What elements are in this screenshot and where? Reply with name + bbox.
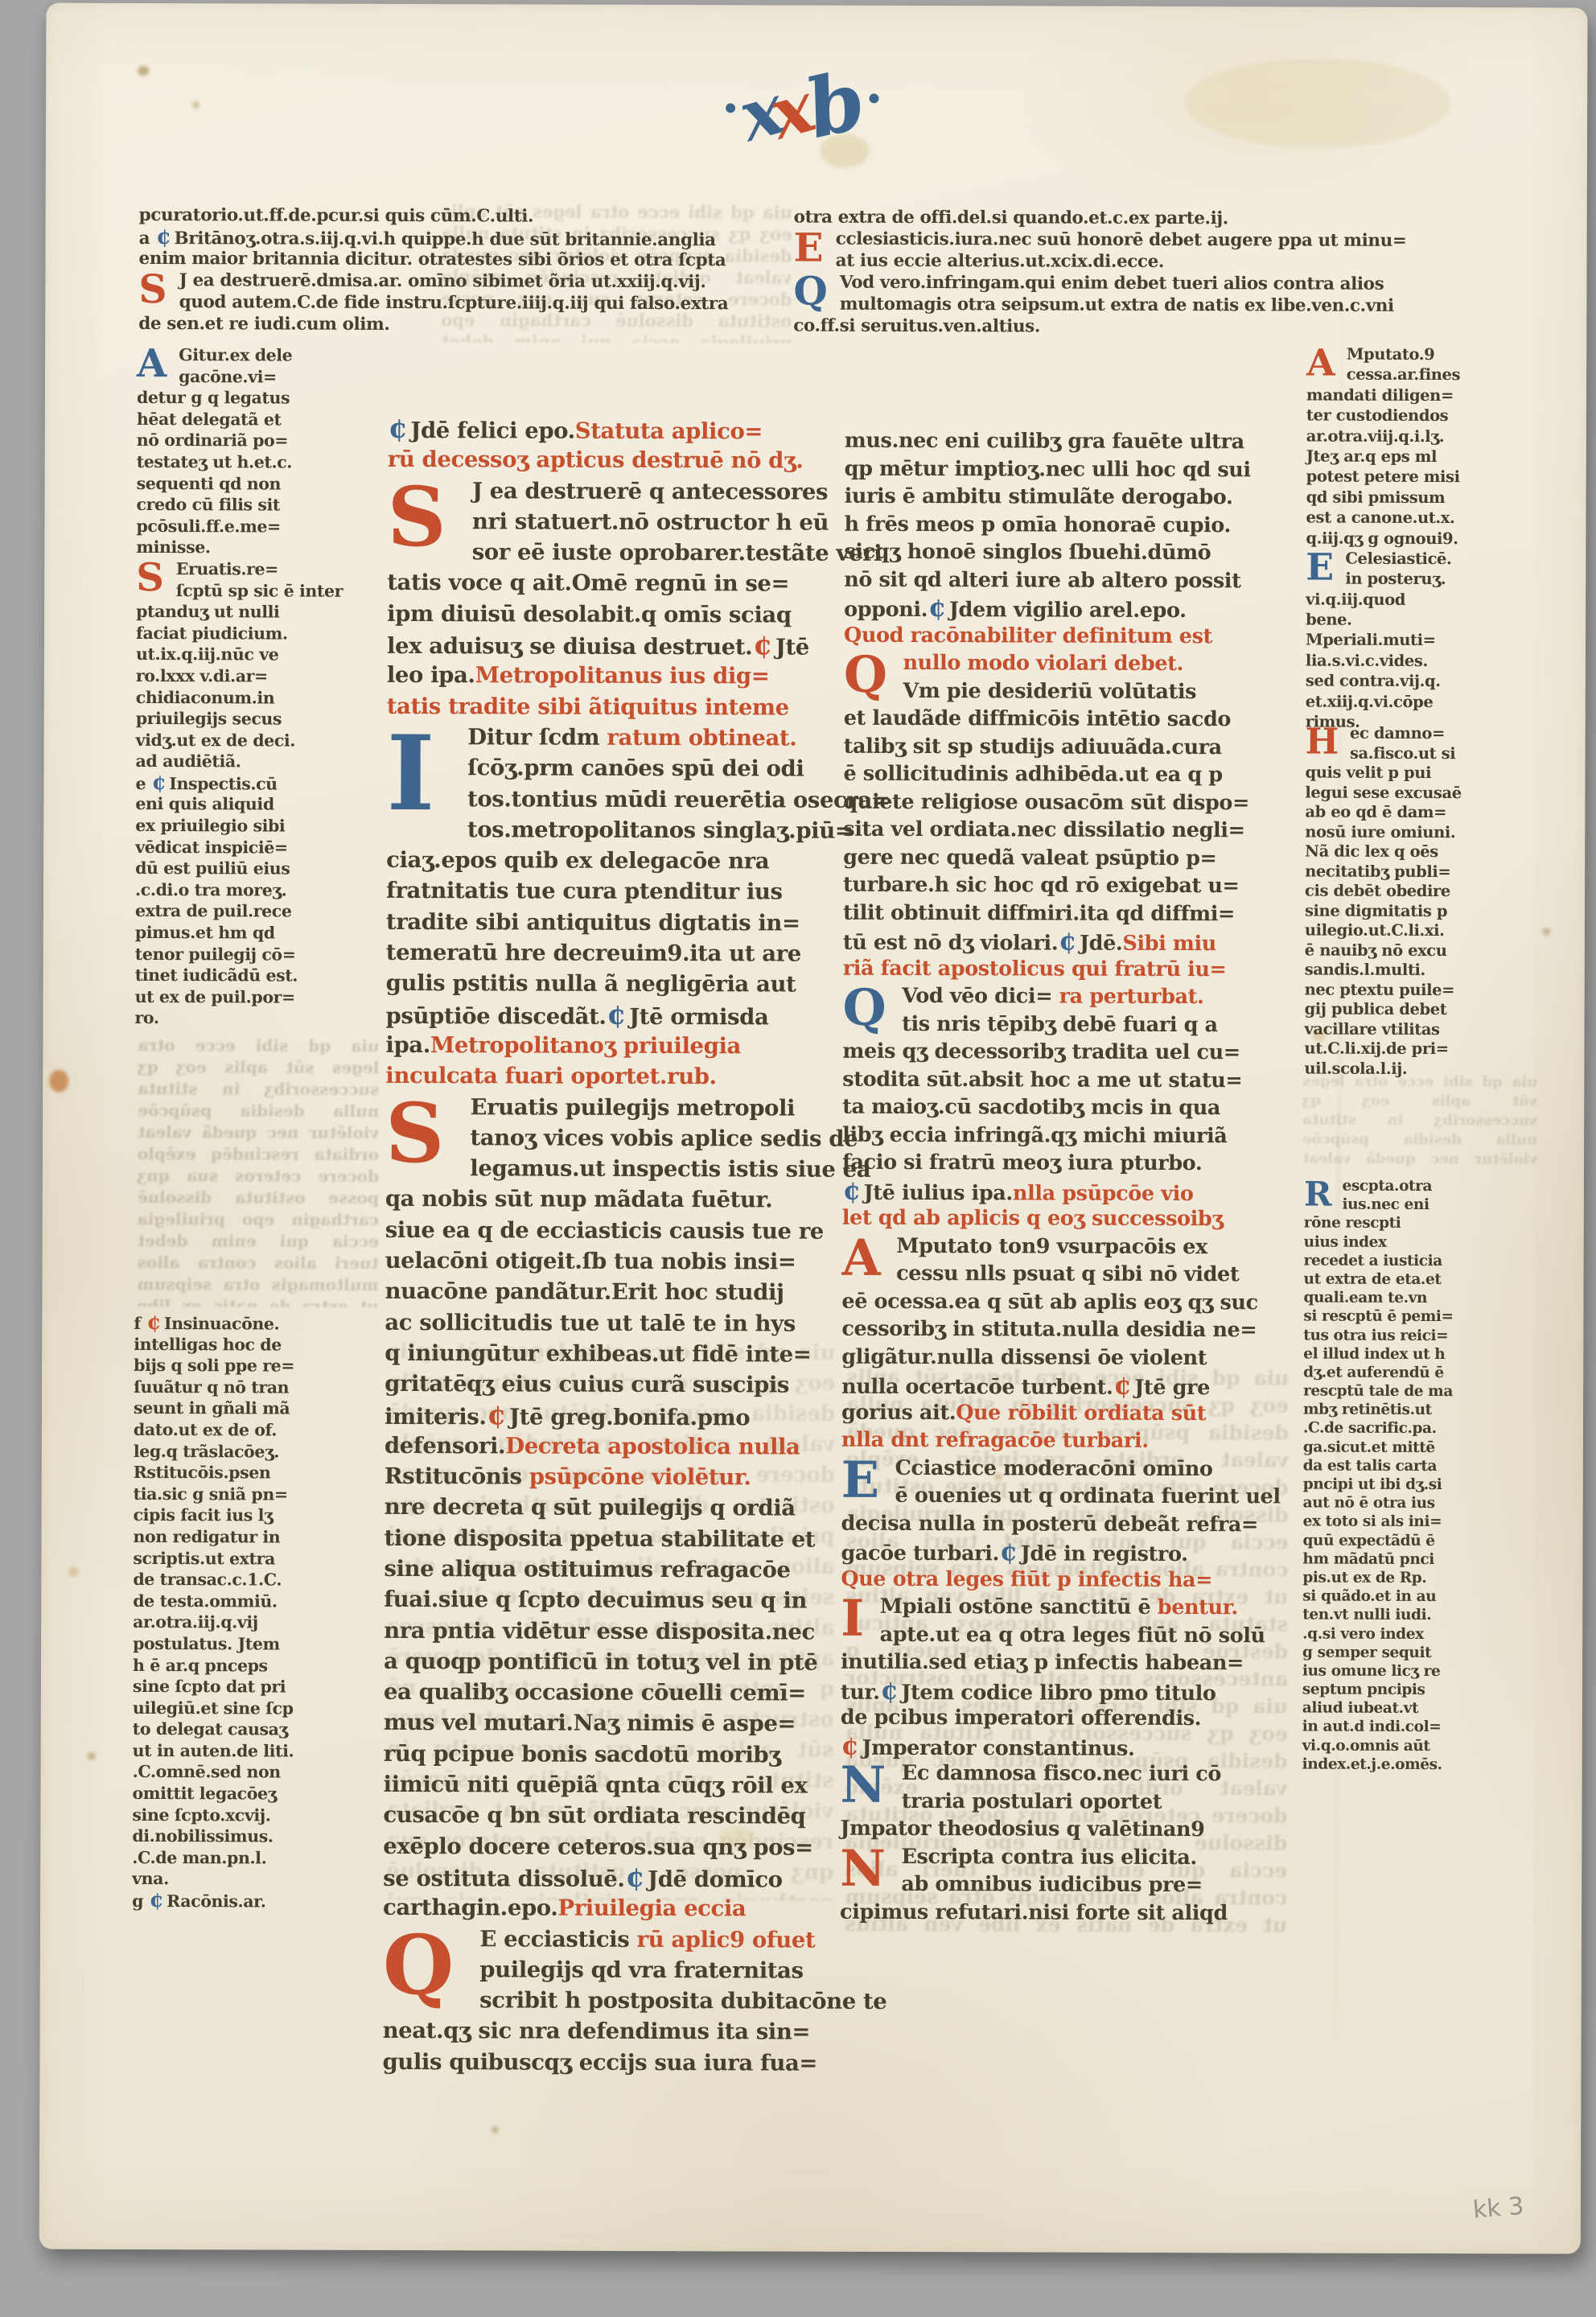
text-segment: ga.sicut.et mittē <box>1303 1438 1435 1456</box>
text-line: vēdicat inspiciē= <box>135 837 381 859</box>
gloss-top-left: pcuratorio.ut.ff.de.pcur.si quis cūm.C.u… <box>138 204 792 337</box>
text-segment: carthagin.epo. <box>383 1895 557 1921</box>
text-segment: Jtē ormisda <box>629 1004 768 1031</box>
text-segment: quis velit p pui <box>1305 763 1431 782</box>
text-segment: gulis pstitis nulla ã negligēria aut <box>386 970 796 998</box>
text-line: gorius ait.Que rōbilit ordiata sūt <box>841 1398 1294 1427</box>
drop-cap-initial: N <box>840 1760 886 1813</box>
text-segment: testateʒ ut h.et.c. <box>137 452 292 472</box>
text-line: rōne rescpti <box>1304 1214 1540 1233</box>
text-segment: pis.ut ex de Rp. <box>1302 1569 1426 1586</box>
text-segment: cusacōe q bn sūt ordiata rescindēq <box>383 1802 805 1829</box>
text-segment: nō ordinariã po= <box>137 430 288 451</box>
pencil-collation-mark: kk 3 <box>1472 2192 1525 2224</box>
text-line: a quoqp pontificū in totuʒ vel in ptē <box>384 1646 839 1678</box>
text-line: .q.si vero index <box>1302 1624 1539 1644</box>
text-line: .C.omnē.sed non <box>133 1761 379 1784</box>
text-line: se ostituta dissoluē.¢Jdē domīco <box>383 1862 838 1894</box>
text-line: SEruatis puilegijs metropoli <box>385 1091 841 1123</box>
text-segment: ut.C.li.xij.de pri= <box>1304 1039 1448 1059</box>
text-line: stodita sūt.absit hoc a me ut statu= <box>842 1065 1294 1094</box>
text-line: leo ipa.Metropolitanus ius dig= <box>387 660 842 692</box>
text-segment: aut nō ē otra ius <box>1303 1495 1435 1512</box>
text-segment: q.iij.qʒ g ognoui9. <box>1306 529 1458 548</box>
stain-spot <box>192 101 199 109</box>
text-line: ius omune licʒ re <box>1302 1661 1539 1681</box>
text-line: rūq pcipue bonis sacdotū moribʒ <box>384 1739 839 1771</box>
text-segment: dʒ.et auferendū ē <box>1303 1364 1444 1381</box>
text-segment: Jmpator theodosius q valētinan9 <box>840 1817 1204 1842</box>
text-line: AMputato ton9 vsurpacōis ex <box>842 1232 1294 1261</box>
text-segment: detur g q legatus <box>137 388 290 408</box>
show-through-text: uia qd sibi ecce otra leges sūt aplis eo… <box>1302 1072 1537 1168</box>
text-line: postulatus. Jtem <box>133 1633 379 1656</box>
text-line: fratnitatis tue cura ptenditur ius <box>386 875 841 907</box>
text-line: pimus.et hm qd <box>135 922 381 944</box>
text-segment: Decreta apostolica nulla <box>505 1433 800 1459</box>
text-segment: rū decessoʒ apticus destruē nō dʒ. <box>388 447 804 474</box>
text-line: rū decessoʒ apticus destruē nō dʒ. <box>388 444 843 476</box>
text-line: gij publica debet <box>1305 1000 1541 1020</box>
text-segment: cipis facit ius lʒ <box>134 1505 274 1525</box>
text-segment: to delegat causaʒ <box>133 1719 288 1739</box>
text-line: faciat piudicium. <box>136 623 382 645</box>
text-segment: .C.omnē.sed non <box>133 1762 281 1782</box>
text-segment: uelacōni otigeit.ſb tua nobis insi= <box>385 1248 796 1275</box>
text-line: multomagis otra seipsum.ut extra de nati… <box>793 294 1467 318</box>
text-segment: nre decreta q sūt puilegijs q ordiã <box>385 1494 796 1521</box>
text-line: at ius eccie alterius.ut.xcix.di.ecce. <box>793 250 1467 274</box>
text-segment: leo ipa. <box>387 662 475 688</box>
text-segment: Jmperator constantinus. <box>862 1735 1134 1760</box>
text-line: iuris ē ambitu stimulãte derogabo. <box>845 483 1297 512</box>
text-segment: uilegiū.et sine ſcp <box>133 1698 294 1718</box>
text-line: tos.metropolitanos singlaʒ.piū= <box>386 814 841 846</box>
text-segment: sa.fisco.ut si <box>1350 743 1455 762</box>
paragraph-mark: ¢ <box>625 1862 648 1894</box>
text-segment: sine aliqua ostituimus refragacōe <box>384 1556 790 1583</box>
text-segment: si rescptū ē pemi= <box>1303 1308 1453 1326</box>
text-line: Jmpator theodosius q valētinan9 <box>840 1815 1292 1844</box>
text-line: enim maior britannia dicitur. otratestes… <box>138 248 792 272</box>
text-line: qa nobis sūt nup mãdata fuētur. <box>385 1183 841 1216</box>
text-segment: pncipi ut ibi dʒ.si <box>1303 1476 1442 1494</box>
text-line: Rstitucōis.psen <box>134 1462 380 1484</box>
text-line: QVod vēo dici= ra perturbat. <box>843 982 1295 1011</box>
text-line: mus vel mutari.Naʒ nimis ē aspe= <box>384 1707 839 1739</box>
show-through-text: uia qd sibi ecce otra leges sūt aplis eo… <box>137 1035 379 1307</box>
text-segment: facio si fratrū meoʒ iura pturbo. <box>842 1150 1202 1175</box>
text-segment: .C.de man.pn.l. <box>132 1848 266 1868</box>
text-line: nulla ocertacōe turbent.¢Jtē gre <box>841 1371 1294 1400</box>
text-segment: tia.sic g sniã pn= <box>134 1484 288 1504</box>
text-segment: tenor puilegij cō= <box>135 944 296 965</box>
text-line: sine ſcpto dat pri <box>133 1676 379 1698</box>
text-line: h frēs meos p omīa honoraē cupio. <box>844 510 1296 539</box>
text-segment: tione disposita ppetua stabilitate et <box>384 1525 815 1553</box>
text-segment: Celesiasticē. <box>1345 549 1451 568</box>
text-line: sequenti qd non <box>137 473 383 496</box>
text-segment: ad audiētiã. <box>136 751 241 771</box>
text-segment: credo cū filis sit <box>137 495 281 515</box>
gloss-right-lower: Rescpta.otraius.nec enirōne rescptiuius … <box>1302 1177 1540 1775</box>
text-segment: ut extra de eta.et <box>1304 1270 1442 1288</box>
text-segment: Mperiali.muti= <box>1306 631 1436 650</box>
text-segment: .C.de sacrific.pa. <box>1303 1420 1437 1438</box>
text-segment: sed contra.vij.q. <box>1306 672 1441 691</box>
text-segment: ipm diuisū desolabit.q omīs sciaq <box>387 601 792 628</box>
text-segment: turbare.h sic hoc qd rō exigebat u= <box>843 873 1239 899</box>
text-line: dʒ.et auferendū ē <box>1303 1363 1540 1382</box>
text-line: ro. <box>135 1007 381 1030</box>
drop-cap-initial: S <box>136 559 163 599</box>
text-segment: legui sese excusaē <box>1305 783 1461 802</box>
text-line: mandati diligen= <box>1306 385 1543 405</box>
text-line: cessa.ar.fines <box>1306 364 1543 385</box>
text-line: .c.di.o tra moreʒ. <box>135 879 381 902</box>
text-line: ptanduʒ ut nulli <box>136 601 382 623</box>
gloss-right-middle: Hec damno=sa.fisco.ut siquis velit p pui… <box>1304 724 1541 1080</box>
text-segment: Vod vero.infringam.qui enim debet tueri … <box>840 273 1384 294</box>
text-segment: uius index <box>1304 1233 1387 1250</box>
text-segment: vi.q.o.omnis aūt <box>1302 1737 1430 1754</box>
text-segment: da est talis carta <box>1303 1457 1437 1475</box>
text-segment: index.et.j.e.omēs. <box>1302 1755 1442 1773</box>
text-segment: intelligas hoc de <box>134 1335 282 1355</box>
text-segment: uilegio.ut.C.li.xi. <box>1305 921 1445 940</box>
drop-cap-initial: H <box>1306 725 1339 761</box>
text-segment: bene. <box>1306 611 1351 629</box>
text-segment: si quãdo.et in au <box>1302 1588 1436 1606</box>
text-segment: fratnitatis tue cura ptenditur ius <box>386 878 783 905</box>
text-line: IMpiali ostōne sanctitū ē bentur. <box>841 1593 1293 1622</box>
text-segment: rū aplic9 ofuet <box>636 1926 815 1953</box>
text-segment: Vm pie desideriū volūtatis <box>903 678 1196 703</box>
gloss-right-upper: AMputato.9cessa.ar.finesmandati diligen=… <box>1306 344 1544 733</box>
text-segment: cis debēt obedire <box>1305 882 1450 901</box>
text-segment: vēdicat inspiciē= <box>135 837 288 858</box>
text-segment: ius omune licʒ re <box>1302 1662 1440 1680</box>
drop-cap-initial: A <box>137 345 167 385</box>
text-segment: septum pncipis <box>1302 1681 1425 1698</box>
text-segment: de pcibus imperatori offerendis. <box>841 1706 1201 1731</box>
text-segment: a <box>139 228 156 249</box>
text-line: ab eo qd ē dam= <box>1305 803 1541 823</box>
text-segment: di.nobilissimus. <box>132 1826 273 1846</box>
text-line: hēat delegatã et <box>137 409 383 431</box>
text-line: libʒ eccia infringã.qʒ michi miuriã <box>842 1121 1294 1150</box>
text-line: gulis pstitis nulla ã negligēria aut <box>386 968 841 1000</box>
text-line: AGitur.ex dele <box>137 344 383 367</box>
text-line: gulis quibuscqʒ eccijs sua iura fua= <box>382 2047 837 2079</box>
text-line: Mperiali.muti= <box>1306 630 1542 651</box>
text-segment: se ostituta dissoluē. <box>383 1866 625 1892</box>
text-segment: mus.nec eni cuilibʒ gra fauēte ultra <box>845 429 1244 455</box>
text-segment: sandis.l.multi. <box>1305 961 1425 979</box>
text-line: ciaʒ.epos quib ex delegacōe nra <box>386 845 841 877</box>
text-segment: imiteris. <box>385 1403 487 1429</box>
text-segment: extra de puil.rece <box>135 901 292 921</box>
text-line: ſuuãtur q nō tran <box>134 1377 380 1399</box>
text-segment: f <box>134 1314 146 1333</box>
text-line: ad audiētiã. <box>136 751 382 773</box>
text-segment: decisa nulla in posterū debeãt refra= <box>841 1511 1259 1537</box>
text-line: tilit obtinuit diffmiri.ita qd diffmi= <box>843 899 1295 928</box>
text-segment: nuacōne pandãtur.Erit hoc studij <box>385 1278 784 1306</box>
text-line: in aut.d indi.col= <box>1302 1718 1539 1737</box>
text-line: iimicū niti quēpiã qnta cūqʒ rōil ex <box>383 1769 838 1801</box>
text-line: et laudãde diffmicōis intētio sacdo <box>844 705 1296 734</box>
text-line: da est talis carta <box>1303 1456 1540 1475</box>
text-line: tatis tradite sibi ãtiquitus inteme <box>387 691 842 723</box>
text-segment: mbʒ retinētis.ut <box>1303 1401 1432 1419</box>
drop-cap-initial: E <box>793 229 823 270</box>
text-segment: nulla ocertacōe turbent. <box>841 1375 1113 1400</box>
text-line: apte.ut ea q otra leges fiūt nō solū <box>841 1620 1293 1649</box>
text-line: cipimus refutari.nisi forte sit aliqd <box>840 1898 1292 1927</box>
text-segment: gligãtur.nulla dissensi ōe violent <box>841 1344 1207 1369</box>
text-segment: mandati diligen= <box>1306 385 1454 405</box>
text-line: f ¢Insinuacōne. <box>134 1312 380 1335</box>
drop-cap-initial: S <box>387 476 446 566</box>
text-segment: Que rōbilit ordiata sūt <box>956 1401 1206 1426</box>
text-segment: quod autem.C.de fide instru.ſcpture.iiij… <box>179 292 729 314</box>
text-line: pis.ut ex de Rp. <box>1302 1568 1539 1587</box>
text-segment: h ē ar.q pnceps <box>133 1655 268 1675</box>
text-segment: cclesiasticis.iura.nec suū honorē debet … <box>836 229 1407 251</box>
text-segment: apte.ut ea q otra leges fiūt nō solū <box>880 1622 1265 1648</box>
text-line: cusacōe q bn sūt ordiata rescindēq <box>383 1800 838 1832</box>
text-segment: ten.vt nulli iudi. <box>1302 1607 1431 1624</box>
text-segment: bentur. <box>1158 1595 1238 1619</box>
text-line: tia.sic g sniã pn= <box>134 1484 380 1506</box>
text-line: riã facit apostolicus qui fratrū iu= <box>843 954 1295 983</box>
text-line: ut ex de puil.por= <box>135 986 381 1009</box>
text-segment: Metropolitanus ius dig= <box>475 663 770 689</box>
text-line: tur.¢Jtem codice libro pmo titulo <box>841 1676 1293 1705</box>
text-line: co.ff.si seruitus.ven.altius. <box>793 315 1467 340</box>
paragraph-mark: ¢ <box>1058 926 1080 957</box>
text-segment: h frēs meos p omīa honoraē cupio. <box>844 512 1231 537</box>
drop-cap-initial: S <box>138 270 167 311</box>
text-line: quod autem.C.de fide instru.ſcpture.iiij… <box>138 291 792 315</box>
text-segment: siue ea q de ecciasticis causis tue re <box>385 1217 824 1245</box>
text-line: decisa nulla in posterū debeãt refra= <box>841 1509 1294 1538</box>
text-line: neat.qʒ sic nra defendimus ita sin= <box>383 2015 838 2047</box>
text-line: ex priuilegio sibi <box>135 815 381 837</box>
text-segment: Jdē domīco <box>648 1866 783 1893</box>
text-segment: aliud iubeat.vt <box>1302 1700 1418 1717</box>
text-line: turbare.h sic hoc qd rō exigebat u= <box>843 871 1295 900</box>
drop-cap-initial: Q <box>844 650 887 702</box>
text-segment: .q.si vero index <box>1302 1625 1424 1642</box>
text-segment: ciaʒ.epos quib ex delegacōe nra <box>386 847 769 874</box>
text-segment: ac sollicitudis tue ut talē te in hys <box>385 1310 796 1337</box>
text-line: ¢Jtē iulius ipa.nlla psūpcōe vio <box>842 1176 1294 1205</box>
text-segment: multomagis otra seipsum.ut extra de nati… <box>840 294 1394 316</box>
text-line: nosū iure omiuni. <box>1305 822 1541 842</box>
text-line: dato.ut ex de of. <box>134 1419 380 1442</box>
text-line: SEruatis.re= <box>136 558 382 581</box>
drop-cap-initial: S <box>385 1092 444 1181</box>
text-segment: uil.scola.l.ij. <box>1304 1059 1407 1077</box>
text-segment: psūptiōe discedãt. <box>386 1003 607 1030</box>
text-segment: .c.di.o tra moreʒ. <box>135 880 286 900</box>
text-line: q iniungūtur exhibeas.ut fidē inte= <box>385 1338 840 1370</box>
text-line: vi.q.iij.quod <box>1306 589 1542 610</box>
text-segment: ar.otra.iij.q.vij <box>133 1612 258 1632</box>
text-line: sine digmitatis p <box>1305 901 1541 921</box>
text-line: to delegat causaʒ <box>133 1718 379 1741</box>
text-line: lex aduisuʒ se diuisa destruet.¢Jtē <box>387 629 842 661</box>
text-segment: nlla psūpcōe vio <box>1013 1181 1194 1206</box>
text-line: ga.sicut.et mittē <box>1303 1438 1540 1457</box>
text-segment: gere nec quedã valeat psūptio p= <box>843 845 1216 870</box>
text-segment: de transac.c.1.C. <box>133 1570 282 1590</box>
text-segment: pimus.et hm qd <box>135 923 275 943</box>
text-line: sine ſcpto.xcvij. <box>132 1805 378 1827</box>
text-line: mbʒ retinētis.ut <box>1303 1401 1540 1420</box>
main-text-column-left: ¢Jdē felici epo.Statuta aplico=rū decess… <box>382 414 842 2079</box>
drop-cap-initial: N <box>840 1843 886 1895</box>
text-segment: Escripta contra ius elicita. <box>901 1844 1196 1869</box>
text-segment: tanoʒ vices vobis aplice sedis de <box>470 1125 858 1152</box>
text-line: gere nec quedã valeat psūptio p= <box>843 843 1295 872</box>
text-line: uius index <box>1304 1233 1540 1252</box>
text-line: cis debēt obedire <box>1305 882 1541 902</box>
text-segment: otra extra de offi.del.si quando.et.c.ex… <box>794 208 1228 229</box>
text-segment: g <box>132 1891 149 1911</box>
text-segment: escpta.otra <box>1343 1178 1433 1195</box>
text-segment: defensori. <box>385 1433 505 1459</box>
text-segment: rōne rescpti <box>1304 1215 1401 1232</box>
text-segment: dū est puiliū eius <box>135 858 290 879</box>
text-segment: gritatēqʒ eius cuius curã suscipis <box>385 1371 789 1398</box>
text-line: non redigatur in <box>133 1526 379 1549</box>
stain-spot <box>68 1567 78 1577</box>
text-line: exēplo docere ceteros.sua qnʒ pos= <box>383 1831 838 1863</box>
gloss-top-right: otra extra de offi.del.si quando.et.c.ex… <box>793 207 1468 340</box>
text-segment: priuilegijs secus <box>136 709 282 729</box>
text-line: meis qʒ decessoribʒ tradita uel cu= <box>842 1038 1294 1067</box>
text-line: ¢Jdē felici epo.Statuta aplico= <box>388 414 843 446</box>
text-segment: Sibi miu <box>1122 932 1216 956</box>
text-segment: cipimus refutari.nisi forte sit aliqd <box>840 1899 1228 1925</box>
text-line: ex toto si als ini= <box>1303 1512 1540 1532</box>
text-line: temeratū hre decreuim9.ita ut are <box>386 937 841 969</box>
text-line: rescptū tale de ma <box>1303 1382 1540 1401</box>
text-segment: Jtē gre <box>1134 1376 1210 1400</box>
text-segment: enim maior britannia dicitur. otratestes… <box>138 249 726 270</box>
text-segment: ratum obtineat. <box>607 725 796 751</box>
gloss-left-upper: AGitur.ex delegacōne.vi=detur g q legatu… <box>135 344 384 1030</box>
text-segment: ro.lxxx v.di.ar= <box>136 666 268 686</box>
text-segment: gulis quibuscqʒ eccijs sua iura fua= <box>382 2049 817 2076</box>
photograph-background: { "palette":{"ink":"#463f2b","red":"#c65… <box>0 0 1596 2317</box>
text-line: g semper sequit <box>1302 1643 1539 1662</box>
text-line: minisse. <box>136 537 382 559</box>
text-segment: tos.metropolitanos singlaʒ.piū= <box>467 817 854 844</box>
text-segment: eē ocessa.ea q sūt ab aplis eoʒ qʒ suc <box>841 1289 1257 1315</box>
text-line: intelligas hoc de <box>134 1334 380 1356</box>
text-segment: Jdē. <box>1080 932 1123 956</box>
text-line: ut.C.li.xij.de pri= <box>1304 1039 1540 1060</box>
text-segment: pcōsuli.ff.e.me= <box>136 516 280 537</box>
text-segment: seunt in gñali mã <box>134 1398 290 1418</box>
text-line: tū est nō dʒ violari.¢Jdē.Sibi miu <box>843 927 1295 956</box>
text-segment: ipa. <box>385 1032 430 1058</box>
text-line: nlla dnt refragacōe turbari. <box>841 1426 1294 1455</box>
text-segment: g semper sequit <box>1302 1644 1431 1661</box>
text-segment: et laudãde diffmicōis intētio sacdo <box>844 706 1231 732</box>
text-line: ē sollicitudinis adhibēda.ut ea q p <box>843 760 1295 789</box>
stain-spot <box>138 66 149 76</box>
text-line: a ¢Britānoʒ.otra.s.iij.q.vi.h quippe.h d… <box>139 226 792 250</box>
text-segment: scriptis.ut extra <box>133 1548 274 1568</box>
text-segment: nullo modo violari debet. <box>903 651 1183 676</box>
text-line: nra pntia vidētur esse disposita.nec <box>384 1615 839 1648</box>
text-segment: sequenti qd non <box>137 474 282 494</box>
text-segment: tinet iudicãdū est. <box>135 965 298 986</box>
text-line: SJ ea destruerē.dmisa.ar. omīno sibimet … <box>138 270 792 294</box>
text-line: vacillare vtilitas <box>1304 1019 1540 1039</box>
text-segment: Gitur.ex dele <box>179 345 292 364</box>
text-segment: est a canone.ut.x. <box>1306 508 1454 528</box>
paragraph-mark: ¢ <box>146 1311 164 1335</box>
text-line: .C.de sacrific.pa. <box>1303 1419 1540 1438</box>
text-line: ut in auten.de liti. <box>133 1740 379 1763</box>
text-line: lia.s.vi.c.vides. <box>1306 650 1542 671</box>
text-line: ab omnibus iudicibus pre= <box>840 1870 1292 1899</box>
text-segment: fuai.siue q ſcpto decuimus seu q in <box>384 1587 807 1614</box>
text-line: testateʒ ut h.et.c. <box>137 451 383 474</box>
text-line: ECelesiasticē. <box>1306 548 1542 569</box>
text-line: legui sese excusaē <box>1305 783 1541 803</box>
text-line: legamus.ut inspectis istis siue ea <box>385 1153 841 1185</box>
text-segment: J ea destruerē q antecessores <box>472 478 828 504</box>
text-segment: ter custodiendos <box>1306 406 1448 426</box>
text-segment: pcuratorio.ut.ff.de.pcur.si quis cūm.C.u… <box>139 205 533 227</box>
text-segment: hēat delegatã et <box>137 409 282 430</box>
text-segment: libʒ eccia infringã.qʒ michi miuriã <box>842 1122 1227 1148</box>
text-line: omittit legacōeʒ <box>132 1783 378 1805</box>
drop-cap-initial: E <box>841 1455 879 1507</box>
text-line: tinet iudicãdū est. <box>135 965 381 987</box>
text-segment: faciat piudicium. <box>136 623 288 644</box>
text-line: facio si fratrū meoʒ iura pturbo. <box>842 1149 1294 1178</box>
text-segment: ſcōʒ.prm canōes spū dei odi <box>467 755 804 782</box>
text-line: in posteruʒ. <box>1306 569 1542 590</box>
text-segment: Que otra leges fiūt p infectis ha= <box>841 1566 1212 1591</box>
text-segment: minisse. <box>136 537 210 557</box>
text-segment: stodita sūt.absit hoc a me ut statu= <box>842 1067 1242 1093</box>
text-segment: co.ff.si seruitus.ven.altius. <box>793 316 1040 337</box>
text-segment: ſcptū sp sic ē inter <box>176 581 343 601</box>
text-segment: vi.q.iij.quod <box>1306 590 1405 608</box>
text-segment: Priuilegia eccia <box>557 1895 746 1922</box>
text-segment: Mpiali ostōne sanctitū ē <box>880 1595 1158 1619</box>
text-line: bijs q soli ppe re= <box>134 1355 380 1377</box>
text-segment: J ea destruerē.dmisa.ar. omīno sibimet õ… <box>179 270 706 292</box>
text-segment: ab eo qd ē dam= <box>1305 803 1446 822</box>
paragraph-mark: ¢ <box>388 413 411 445</box>
text-segment: gacōe turbari. <box>841 1541 999 1566</box>
text-line: aut nō ē otra ius <box>1303 1494 1540 1513</box>
text-line: si quãdo.et in au <box>1302 1587 1539 1607</box>
text-line: otra extra de offi.del.si quando.et.c.ex… <box>794 207 1468 231</box>
text-segment: dato.ut ex de of. <box>134 1420 277 1440</box>
text-line: quiete religiose ousacōm sūt dispo= <box>843 788 1295 817</box>
